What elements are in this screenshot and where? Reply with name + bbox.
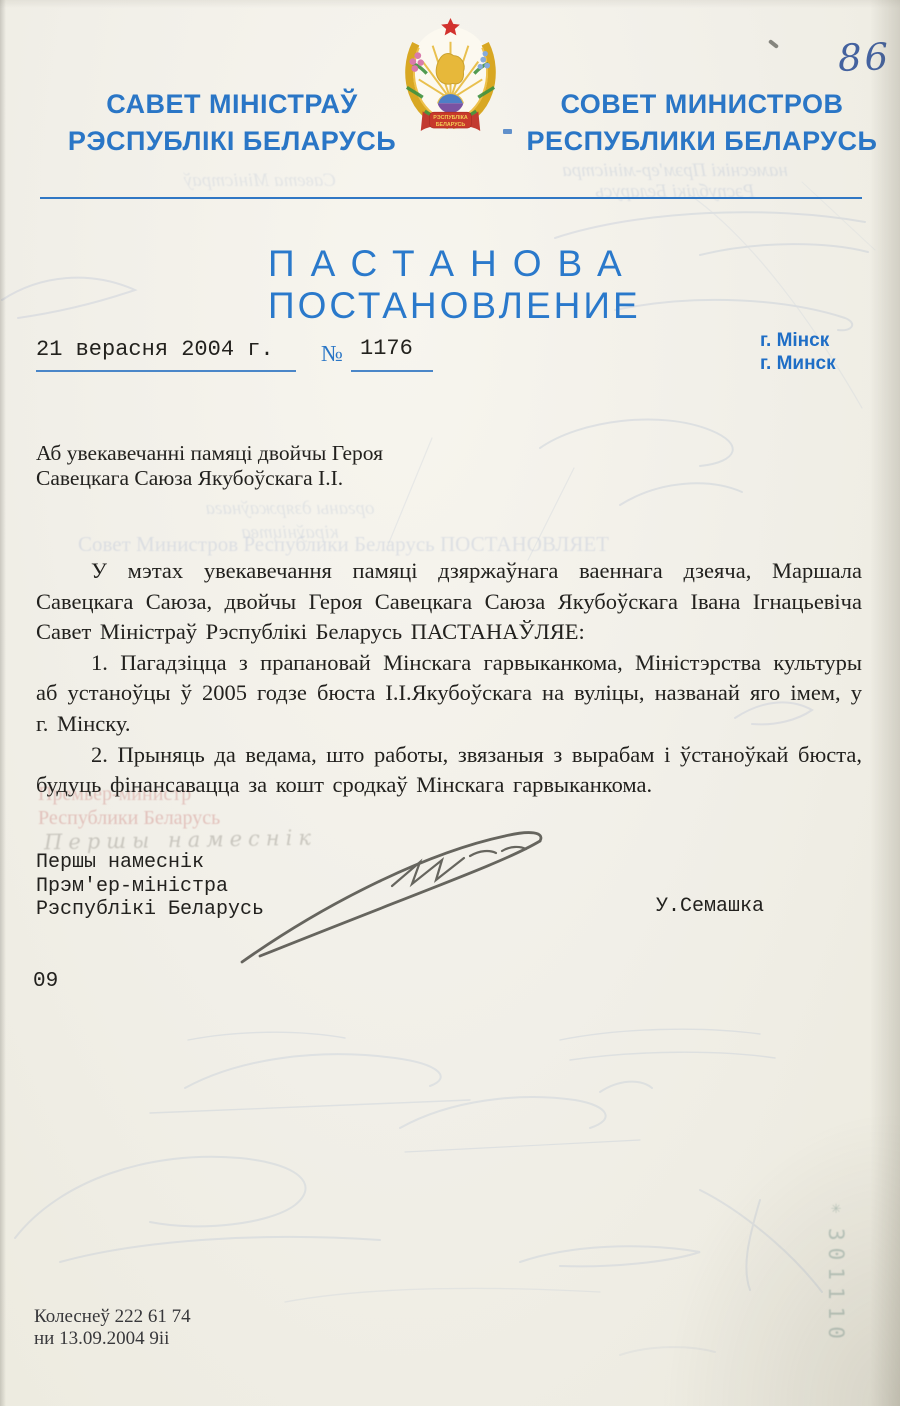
number-sign: № (321, 341, 343, 367)
bleedthrough-text: Рэспублікі Беларусь (480, 181, 870, 203)
subject-line: Аб увекавечанні памяці двойчы Героя (36, 441, 383, 466)
signatory-position-line: Рэспублікі Беларусь (36, 898, 264, 922)
scan-speck (503, 129, 512, 134)
executor-note: ни 13.09.2004 9ii (34, 1328, 191, 1350)
emblem-ribbon-text: БЕЛАРУСЬ (436, 122, 466, 128)
org-name-line: СОВЕТ МИНИСТРОВ (522, 86, 882, 123)
header-divider-rule (40, 197, 862, 199)
subject-block: Аб увекавечанні памяці двойчы Героя Саве… (36, 441, 383, 491)
date-underline (36, 370, 296, 372)
org-name-line: РЭСПУБЛІКІ БЕЛАРУСЬ (52, 123, 412, 160)
executor-contact: Колеснеў 222 61 74 (34, 1306, 191, 1328)
belarus-coat-of-arms-icon: РЭСПУБЛІКА БЕЛАРУСЬ (391, 12, 510, 137)
place-of-issue: г. Мінск г. Минск (760, 329, 836, 375)
place-line-russian: г. Минск (760, 352, 836, 375)
signatory-position-line: Першы намеснік (36, 851, 264, 875)
org-name-line: САВЕТ МІНІСТРАЎ (52, 86, 412, 123)
signatory-position-line: Прэм'ер-міністра (36, 875, 264, 899)
org-name-russian: СОВЕТ МИНИСТРОВ РЕСПУБЛИКИ БЕЛАРУСЬ (522, 86, 882, 160)
copy-code: 09 (33, 970, 58, 993)
signatory-position: Першы намеснік Прэм'ер-міністра Рэспублі… (36, 851, 264, 922)
bleedthrough-text: Республики Беларусь (38, 806, 220, 830)
bleedthrough-text: намеснікі Прэм'ер-міністра (480, 160, 870, 182)
document-number: 1176 (360, 336, 413, 361)
signatory-name: У.Семашка (656, 895, 764, 918)
subject-line: Савецкага Саюза Якубоўскага І.І. (36, 466, 383, 491)
scanned-document-page: намеснікі Прэм'ер-міністра Рэспублікі Бе… (0, 0, 900, 1406)
scan-edge-shadow (0, 0, 900, 8)
body-paragraph: 2. Прыняць да ведама, што работы, звязан… (36, 740, 862, 801)
org-name-line: РЕСПУБЛИКИ БЕЛАРУСЬ (522, 123, 882, 160)
bleedthrough-text: Совет Министров Республики Беларусь ПОСТ… (78, 532, 798, 557)
executor-footer: Колеснеў 222 61 74 ни 13.09.2004 9ii (34, 1306, 191, 1350)
scan-speck (768, 39, 779, 49)
body-text: У мэтах увекавечання памяці дзяржаўнага … (36, 556, 862, 801)
body-paragraph: 1. Пагадзіцца з прапановай Мінскага гарв… (36, 648, 862, 740)
scan-corner-shadow (640, 1086, 900, 1406)
bleedthrough-text: Савета Міністраў (120, 170, 400, 192)
org-name-belarusian: САВЕТ МІНІСТРАЎ РЭСПУБЛІКІ БЕЛАРУСЬ (52, 86, 412, 160)
body-paragraph: У мэтах увекавечання памяці дзяржаўнага … (36, 556, 862, 648)
emblem-ribbon-text: РЭСПУБЛІКА (433, 115, 468, 121)
bleedthrough-text: органы дзяржаўнага (110, 498, 470, 520)
place-line-belarusian: г. Мінск (760, 329, 836, 352)
title-russian: ПОСТАНОВЛЕНИЕ (268, 285, 641, 327)
title-belarusian: ПАСТАНОВА (268, 243, 641, 285)
document-title: ПАСТАНОВА ПОСТАНОВЛЕНИЕ (268, 243, 641, 327)
scan-edge-shadow (0, 0, 6, 1406)
number-underline (351, 370, 433, 372)
document-date: 21 верасня 2004 г. (36, 337, 274, 362)
